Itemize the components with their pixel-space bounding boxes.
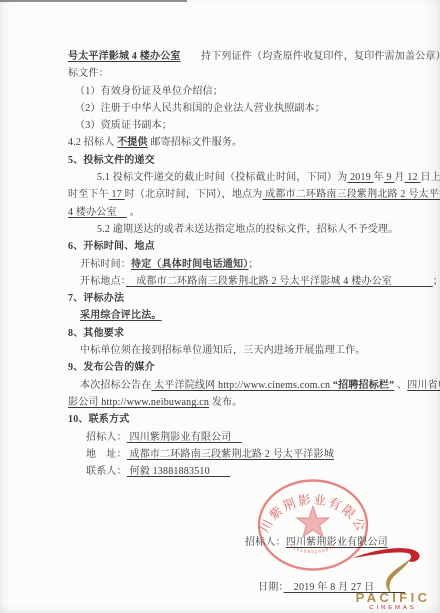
text-segment: 成都市二环路南三段紫荆北路 2 号太平洋影城: [127, 449, 334, 460]
text-segment: 邮寄招标文件服务。: [148, 137, 243, 148]
text-segment: 号太平洋影城 4 楼办公室: [68, 51, 181, 62]
text-segment: 4 楼办公室: [68, 207, 127, 218]
contact-address-line: 地 址： 成都市二环路南三段紫荆北路 2 号太平洋影城: [68, 446, 424, 463]
text-segment: （3）资质证书副本；: [75, 120, 172, 131]
doc-section-heading: 8、其他要求: [68, 325, 424, 342]
text-segment: 发布。: [209, 397, 242, 408]
contact-bidder-line: 招标人： 四川紫荆影业有限公司: [68, 429, 424, 446]
text-segment: 9、发布公告的媒介: [68, 362, 155, 373]
text-segment: 采用综合评比法。: [80, 310, 162, 321]
doc-line: 中标单位须在接到招标单位通知后，三天内进场开展监理工作。: [68, 342, 424, 359]
text-segment: 本次招标公告在: [80, 380, 151, 391]
logo-swoosh-gold-icon: [386, 560, 410, 594]
doc-section-heading: 10、联系方式: [68, 411, 424, 428]
scan-artifact-line: [0, 0, 187, 2]
text-segment: 、: [394, 380, 407, 391]
text-segment: 8、其他要求: [68, 328, 124, 339]
text-segment: 10、联系方式: [68, 414, 129, 425]
pacific-cinemas-logo: PACIFIC CINEMAS: [346, 542, 440, 610]
text-segment: 何毅 13881883510: [127, 466, 230, 477]
document-page: 号太平洋影城 4 楼办公室 持下列证件（均查原件收复印件，复印件需加盖公章）领取…: [0, 0, 440, 613]
doc-line: 标文件：: [68, 65, 424, 82]
logo-subtitle: CINEMAS: [369, 605, 416, 610]
text-segment: 太平洋院线网 http://www.cinems.com.cn: [151, 380, 333, 391]
text-segment: 影公司 http://www.neibuwang.cn: [68, 397, 209, 408]
text-segment: 日上午: [420, 172, 440, 183]
text-segment: 四川紫荆影业有限公司: [127, 432, 242, 443]
text-segment: ；: [433, 276, 440, 287]
doc-line: 影公司 http://www.neibuwang.cn 发布。: [68, 394, 424, 411]
doc-line: 开标地点： 成都市二环路南三段紫荆北路 2 号太平洋影城 4 楼办公室 ；: [68, 273, 424, 290]
logo-wordmark: PACIFIC: [356, 590, 431, 605]
doc-line: （3）资质证书副本；: [68, 117, 424, 134]
doc-line: 5.2 逾期送达的或者未送达指定地点的投标文件，招标人不予受理。: [68, 221, 424, 238]
text-segment: 时（北京时间，下同），地点为: [125, 189, 263, 200]
doc-line: 5.1 投标文件递交的截止时间（投标截止时间，下同）为 2019 年 9 月 1…: [68, 169, 424, 186]
text-segment: 中标单位须在接到招标单位通知后，三天内进场开展监理工作。: [80, 345, 366, 356]
text-segment: 6、开标时间、地点: [68, 241, 155, 252]
signature-bidder-label: 招标人：: [245, 537, 286, 548]
doc-line: 采用综合评比法。: [68, 307, 424, 324]
doc-section-heading: 5、投标文件的递交: [68, 152, 424, 169]
text-segment: 持下列证件（均查原件收复印件，复印件需加盖公章）领取招: [181, 51, 440, 62]
text-segment: 。: [127, 207, 140, 218]
text-segment: 2019: [347, 172, 373, 183]
doc-line: 4.2 招标人 不提供 邮寄招标文件服务。: [68, 134, 424, 151]
announcement-body: 号太平洋影城 4 楼办公室 持下列证件（均查原件收复印件，复印件需加盖公章）领取…: [68, 48, 424, 480]
text-segment: 标文件：: [68, 68, 109, 79]
text-segment: （2）注册于中华人民共和国的企业法人营业执照副本；: [75, 103, 325, 114]
text-segment: 联系人：: [86, 466, 127, 477]
text-segment: 待定（具体时间电话通知）: [131, 259, 248, 270]
doc-section-heading: 7、评标办法: [68, 290, 424, 307]
text-segment: 四川省电: [407, 380, 440, 391]
text-segment: 招标人：: [86, 432, 127, 443]
doc-line: 开标时间：待定（具体时间电话通知）；: [68, 256, 424, 273]
text-segment: 开标地点：: [80, 276, 126, 287]
doc-section-heading: 9、发布公告的媒介: [68, 359, 424, 376]
text-segment: 12: [405, 172, 421, 183]
doc-line: （2）注册于中华人民共和国的企业法人营业执照副本；: [68, 100, 424, 117]
doc-line: （1）有效身份证及单位介绍信；: [68, 83, 424, 100]
signature-date-label: 日期：: [258, 582, 284, 593]
text-segment: 月: [394, 172, 404, 183]
text-segment: 4.2 招标人: [68, 137, 117, 148]
doc-line: 本次招标公告在 太平洋院线网 http://www.cinems.com.cn …: [68, 377, 424, 394]
text-segment: 5、投标文件的递交: [68, 155, 155, 166]
text-segment: 17: [109, 189, 125, 200]
text-segment: 年: [374, 172, 384, 183]
doc-line: 4 楼办公室 。: [68, 204, 424, 221]
text-segment: 时至下午: [68, 189, 109, 200]
text-segment: 7、评标办法: [68, 293, 124, 304]
text-segment: 5.2 逾期送达的或者未送达指定地点的投标文件，招标人不予受理。: [97, 224, 398, 235]
doc-section-heading: 6、开标时间、地点: [68, 238, 424, 255]
text-segment: 成都市二环路南三段紫荆北路 2 号太平洋影城 4 楼办公室: [126, 276, 433, 287]
text-segment: 9: [384, 172, 395, 183]
text-segment: 地 址：: [86, 449, 127, 460]
text-segment: 成都市二环路南三段紫荆北路 2 号太平洋影城: [262, 189, 440, 200]
doc-line: 时至下午 17 时（北京时间，下同），地点为 成都市二环路南三段紫荆北路 2 号…: [68, 186, 424, 203]
text-segment: （1）有效身份证及单位介绍信；: [75, 86, 223, 97]
doc-line: 号太平洋影城 4 楼办公室 持下列证件（均查原件收复印件，复印件需加盖公章）领取…: [68, 48, 424, 65]
text-segment: 5.1 投标文件递交的截止时间（投标截止时间，下同）为: [97, 172, 347, 183]
text-segment: 开标时间：: [80, 259, 131, 270]
text-segment: 不提供: [117, 137, 148, 148]
text-segment: “招聘招标栏”: [333, 380, 394, 391]
text-segment: ；: [248, 259, 258, 270]
